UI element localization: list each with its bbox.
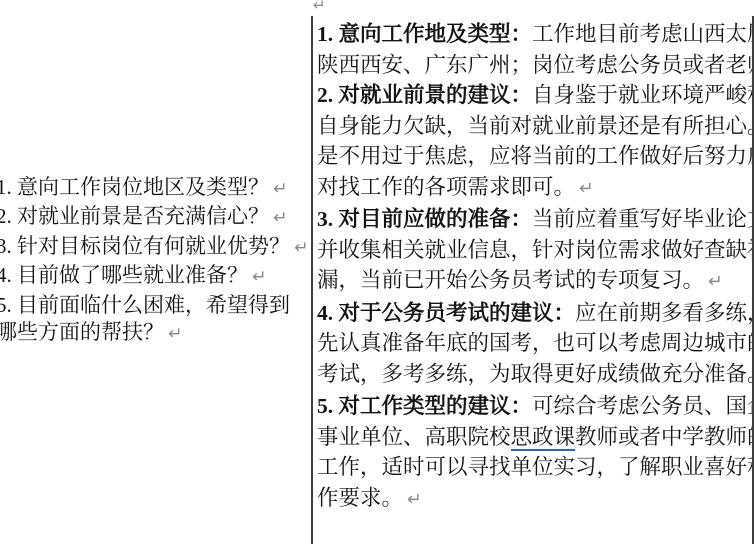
text-line[interactable]: 并收集相关就业信息，针对岗位需求做好查缺补 xyxy=(317,235,754,266)
paragraph-mark-icon: ↵ xyxy=(252,267,266,287)
text-line[interactable]: 3. 对目前应做的准备：当前应着重写好毕业论文 xyxy=(317,204,754,235)
text-segment: 对找工作的各项需求即可。 xyxy=(317,175,575,199)
paragraph-mark-icon: ↵ xyxy=(708,272,723,292)
text-line[interactable]: 是不用过于焦虑，应将当前的工作做好后努力应 xyxy=(317,141,754,172)
text-segment: 1. 意向工作岗位地区及类型？ xyxy=(0,175,269,199)
text-line[interactable]: 4. 目前做了哪些就业准备？↵ xyxy=(0,262,308,291)
text-line[interactable]: 1. 意向工作地及类型：工作地目前考虑山西太原、 xyxy=(317,19,754,50)
paragraph-mark-icon: ↵ xyxy=(273,179,287,199)
text-segment: 工作，适时可以寻找单位实习，了解职业喜好和工 xyxy=(317,455,754,479)
text-segment: 先认真准备年底的国考，也可以考虑周边城市的 xyxy=(317,331,754,355)
text-line[interactable]: 事业单位、高职院校思政课教师或者中学教师的 xyxy=(317,422,754,453)
text-segment: 漏，当前已开始公务员考试的专项复习。 xyxy=(317,268,704,292)
text-segment: 工作地目前考虑山西太原、 xyxy=(532,22,754,46)
text-line[interactable]: 对找工作的各项需求即可。↵ xyxy=(317,172,754,205)
paragraph-mark-icon: ↵ xyxy=(168,324,182,344)
text-line[interactable]: 3. 针对目标岗位有何就业优势？↵ xyxy=(0,233,308,262)
advice-column: 1. 意向工作地及类型：工作地目前考虑山西太原、陕西西安、广东广州；岗位考虑公务… xyxy=(317,19,754,515)
text-segment: 教师或者中学教师的 xyxy=(575,425,754,449)
paragraph-mark-icon: ↵ xyxy=(294,238,308,258)
text-segment: 作要求。 xyxy=(317,486,403,510)
text-segment: 陕西西安、广东广州；岗位考虑公务员或者老师。 xyxy=(317,53,754,77)
text-line[interactable]: 自身能力欠缺，当前对就业前景还是有所担心。但 xyxy=(317,111,754,142)
text-line[interactable]: 4. 对于公务员考试的建议：应在前期多看多练， xyxy=(317,298,754,329)
text-line[interactable]: 哪些方面的帮扶？↵ xyxy=(0,319,308,348)
text-line[interactable]: 陕西西安、广东广州；岗位考虑公务员或者老师。 xyxy=(317,50,754,81)
text-segment: 考试，多考多练，为取得更好成绩做充分准备。 xyxy=(317,362,754,386)
paragraph-mark-icon: ↵ xyxy=(407,490,422,510)
text-segment: 当前应着重写好毕业论文 xyxy=(532,207,754,231)
paragraph-mark-icon: ↵ xyxy=(273,208,287,228)
table-cell-border-left xyxy=(311,16,313,544)
text-segment: 应在前期多看多练， xyxy=(575,301,754,325)
text-line[interactable]: 2. 对就业前景是否充满信心？↵ xyxy=(0,203,308,232)
text-line[interactable]: 工作，适时可以寻找单位实习，了解职业喜好和工 xyxy=(317,452,754,483)
text-segment: 事业单位、高职院校 xyxy=(317,425,511,449)
text-segment: 4. 目前做了哪些就业准备？ xyxy=(0,263,248,287)
text-segment: 4. 对于公务员考试的建议： xyxy=(317,301,575,325)
questions-column: 1. 意向工作岗位地区及类型？↵2. 对就业前景是否充满信心？↵3. 针对目标岗… xyxy=(0,174,308,348)
text-segment: 1. 意向工作地及类型： xyxy=(317,22,532,46)
paragraph-mark-icon: ↵ xyxy=(313,0,326,14)
text-line[interactable]: 5. 目前面临什么困难，希望得到 xyxy=(0,292,308,319)
text-line[interactable]: 5. 对工作类型的建议：可综合考虑公务员、国企 xyxy=(317,391,754,422)
text-segment: 5. 对工作类型的建议： xyxy=(317,394,532,418)
text-segment: 可综合考虑公务员、国企 xyxy=(532,394,754,418)
text-segment: 3. 对目前应做的准备： xyxy=(317,207,532,231)
text-segment: 2. 对就业前景的建议： xyxy=(317,83,532,107)
text-line[interactable]: 1. 意向工作岗位地区及类型？↵ xyxy=(0,174,308,203)
text-segment: 2. 对就业前景是否充满信心？ xyxy=(0,204,269,228)
text-line[interactable]: 考试，多考多练，为取得更好成绩做充分准备。↵ xyxy=(317,359,754,392)
text-line[interactable]: 先认真准备年底的国考，也可以考虑周边城市的 xyxy=(317,328,754,359)
text-segment: 哪些方面的帮扶？ xyxy=(0,320,164,344)
text-line[interactable]: 漏，当前已开始公务员考试的专项复习。↵ xyxy=(317,265,754,298)
text-segment: 自身鉴于就业环境严峻和 xyxy=(532,83,754,107)
text-segment: 自身能力欠缺，当前对就业前景还是有所担心。但 xyxy=(317,114,754,138)
text-line[interactable]: 作要求。↵ xyxy=(317,483,754,516)
text-line[interactable]: 2. 对就业前景的建议：自身鉴于就业环境严峻和 xyxy=(317,80,754,111)
text-segment: 5. 目前面临什么困难，希望得到 xyxy=(0,293,290,317)
text-segment: 是不用过于焦虑，应将当前的工作做好后努力应 xyxy=(317,144,754,168)
text-segment: 并收集相关就业信息，针对岗位需求做好查缺补 xyxy=(317,238,754,262)
grammar-underlined-text: 思政课 xyxy=(511,425,576,451)
paragraph-mark-icon: ↵ xyxy=(579,179,594,199)
text-segment: 3. 针对目标岗位有何就业优势？ xyxy=(0,234,290,258)
